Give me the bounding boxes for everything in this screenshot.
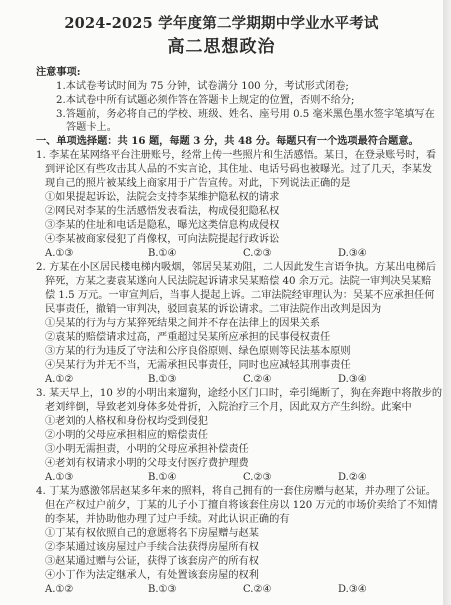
option-c: C.②③: [243, 471, 271, 484]
option-d: D.②④: [338, 471, 367, 484]
statement-item: ①吴某的行为与方某猝死结果之间并不存在法律上的因果关系: [45, 317, 320, 330]
option-d: D.③④: [338, 247, 367, 260]
question-stem-line: 老刘绊倒，导致老刘身体多处骨折，入院治疗三个月，因此双方产生纠纷。此案中: [45, 401, 412, 414]
statement-item: ①如果提起诉讼，法院会支持李某维护隐私权的请求: [45, 191, 279, 204]
option-a: A.①②: [45, 583, 73, 596]
question-stem-line: 偿 1.5 万元。一审宣判后，当事人提起上诉。二审法院经审理认为：吴某不应承担任…: [45, 289, 434, 302]
section-heading: 一、单项选择题：共 16 题，每题 3 分，共 48 分。每题只有一个选项最符合…: [36, 135, 419, 148]
question-stem-line: 到评论区有些攻击其人品的不实言论，其住址、电话号码也被曝光。过了几天，李某发: [45, 163, 432, 176]
statement-item: ③李某的住址和电话是隐私，曝光这类信息构成侵权: [45, 219, 279, 232]
option-b: B.①④: [148, 247, 176, 260]
option-d: D.③④: [338, 583, 367, 596]
statement-item: ②袁某的赔偿请求过高，严重超过吴某所应承担的民事侵权责任: [45, 331, 330, 344]
option-c: C.②④: [243, 583, 271, 596]
notice-item-3: 3.答题前，务必将自己的学校、班级、姓名、座号用 0.5 毫米黑色墨水签字笔填写…: [56, 108, 435, 121]
option-c: C.②③: [243, 247, 271, 260]
option-c: C.②④: [243, 373, 271, 386]
statement-item: ③赵某通过赠与公证，获得了该套房产的所有权: [45, 555, 259, 568]
question-stem-line: 2. 方某在小区居民楼电梯内吸烟，邻居吴某劝阻，二人因此发生言语争执。方某出电梯…: [36, 261, 436, 274]
statement-item: ④老刘有权请求小明的父母支付医疗费护理费: [45, 457, 249, 470]
statement-item: ②李某通过该房屋过户手续合法获得房屋所有权: [45, 541, 259, 554]
question-stem-line: 的李某，并协助他办理了过户手续。对此认识正确的有: [45, 513, 290, 526]
option-a: A.①③: [45, 247, 73, 260]
question-stem-line: 猝死，方某之妻袁某遂向人民法院起诉请求吴某赔偿 40 余万元。法院一审判决吴某赔: [45, 275, 431, 288]
notice-item-1: 1.本试卷考试时间为 75 分钟，试卷满分 100 分，考试形式闭卷;: [56, 80, 349, 93]
option-b: B.①③: [148, 373, 176, 386]
question-stem-line: 1. 李某在某网络平台注册账号，经常上传一些照片和生活感悟。某日，在登录账号时，…: [36, 149, 436, 162]
question-stem-line: 现自己的照片被某线上商家用于广告宣传。对此，下列说法正确的是: [45, 177, 351, 190]
option-b: B.①④: [148, 471, 176, 484]
question-stem-line: 但在产权过户前夕，丁某的儿子小丁擅自将该套住房以 120 万元的市场价卖给了不知…: [45, 499, 438, 512]
statement-item: ②小明的父母应承担相应的赔偿责任: [45, 429, 208, 442]
notice-item-3-cont: 答题卡上。: [66, 121, 117, 134]
statement-item: ④吴某行为并无不当，无需承担民事责任，同时也应减轻其刑事责任: [45, 359, 351, 372]
statement-item: ③方某的行为违反了守法和公序良俗原则、绿色原则等民法基本原则: [45, 345, 351, 358]
statement-item: ①老刘的人格权和身份权均受到侵犯: [45, 415, 208, 428]
option-a: A.①③: [45, 471, 73, 484]
question-stem-line: 4. 丁某为感激邻居赵某多年来的照料，将自己拥有的一套住房赠与赵某，并办理了公证…: [36, 485, 436, 498]
option-d: D.③④: [338, 373, 367, 386]
notice-heading: 注意事项:: [36, 66, 81, 79]
statement-item: ④李某被商家侵犯了肖像权，可向法院提起行政诉讼: [45, 233, 279, 246]
exam-subject: 高二思想政治: [0, 32, 443, 57]
notice-item-2: 2.本试卷中所有试题必须作答在答题卡上规定的位置，否则不给分;: [56, 94, 354, 107]
exam-page: 2024-2025 学年度第二学期期中学业水平考试 高二思想政治 注意事项: 1…: [0, 0, 443, 605]
page-edge-shadow: [443, 0, 451, 605]
question-stem-line: 民事责任，撤销一审判决，驳回袁某的诉讼请求。二审法院作出改判是因为: [45, 303, 381, 316]
statement-item: ②网民对李某的生活感悟发表看法，构成侵犯隐私权: [45, 205, 279, 218]
option-b: B.①③: [148, 583, 176, 596]
statement-item: ④小丁作为法定继承人，有处置该套房屋的权利: [45, 569, 259, 582]
statement-item: ③小明无需担责，小明的父母应承担补偿责任: [45, 443, 249, 456]
statement-item: ①丁某有权依照自己的意愿将名下房屋赠与赵某: [45, 527, 259, 540]
option-a: A.①②: [45, 373, 73, 386]
exam-title: 2024-2025 学年度第二学期期中学业水平考试: [0, 12, 443, 33]
question-stem-line: 3. 某天早上，10 岁的小明出来遛狗，途经小区门口时，牵引绳断了，狗在奔跑中将…: [36, 387, 442, 400]
